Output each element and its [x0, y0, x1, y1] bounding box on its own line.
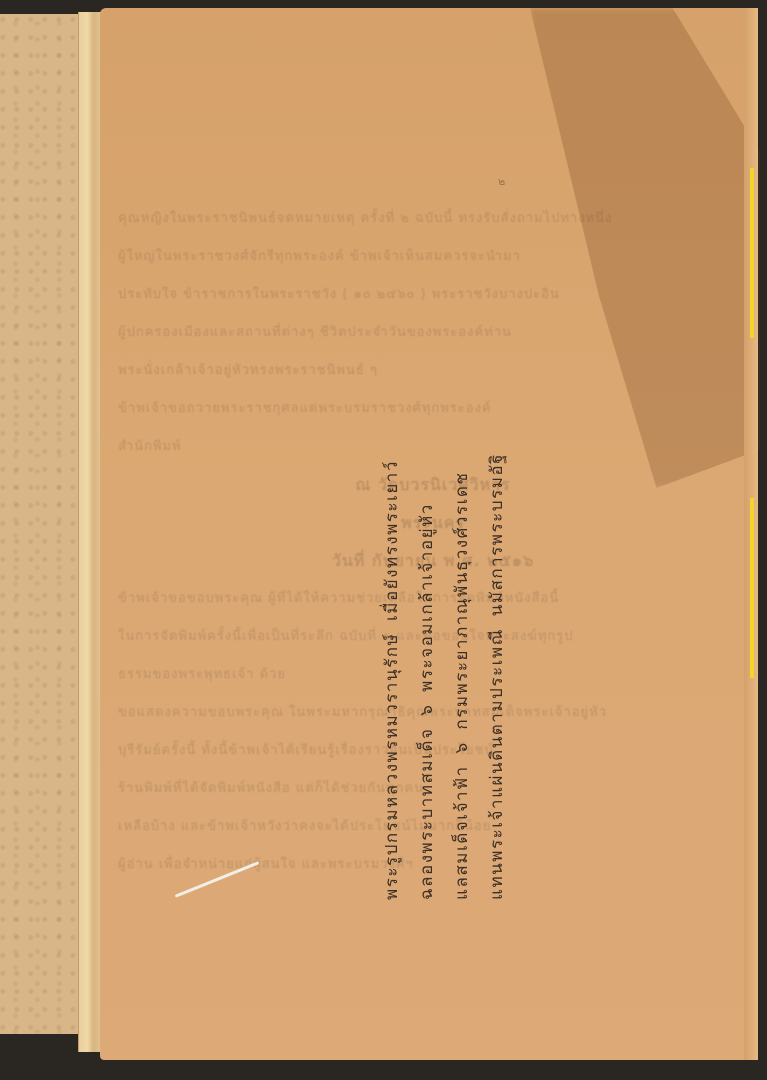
book-cover-board	[0, 14, 82, 1034]
rotated-caption-block: แทนพระเจ้าแผ่นดินตามประเพณี นมัสการพระบร…	[335, 330, 520, 900]
caption-line: ฉลองพระบาทสมเด็จ ๖ พระจอมเกล้าเจ้าอยู่หั…	[413, 503, 440, 900]
caption-line: แลสมเด็จเจ้าฟ้า ๖ กรมพระยาภาณุพันธุวงศ์ว…	[448, 472, 475, 900]
bleed-line: ผู้ใหญ่ในพระราชวงศ์จักรีทุกพระองค์ ข้าพเ…	[118, 238, 748, 276]
caption-line: แทนพระเจ้าแผ่นดินตามประเพณี นมัสการพระบร…	[483, 453, 510, 900]
scanned-page-image: ๒ คุณหญิงในพระราชนิพนธ์จดหมายเหตุ ครั้งท…	[0, 0, 767, 1080]
highlighter-mark	[750, 168, 754, 338]
highlighter-mark	[750, 498, 754, 678]
caption-line: พระรูปกรมหลวงพรหมวรานุรักษ์ เมื่อยังทรงพ…	[378, 460, 405, 900]
bleed-line: ประทับใจ ข้าราชการในพระราชวัง ( ๑๐ ๒๔๖๐ …	[118, 276, 748, 314]
bleed-line: คุณหญิงในพระราชนิพนธ์จดหมายเหตุ ครั้งที่…	[118, 200, 748, 238]
page-number: ๒	[498, 172, 505, 190]
